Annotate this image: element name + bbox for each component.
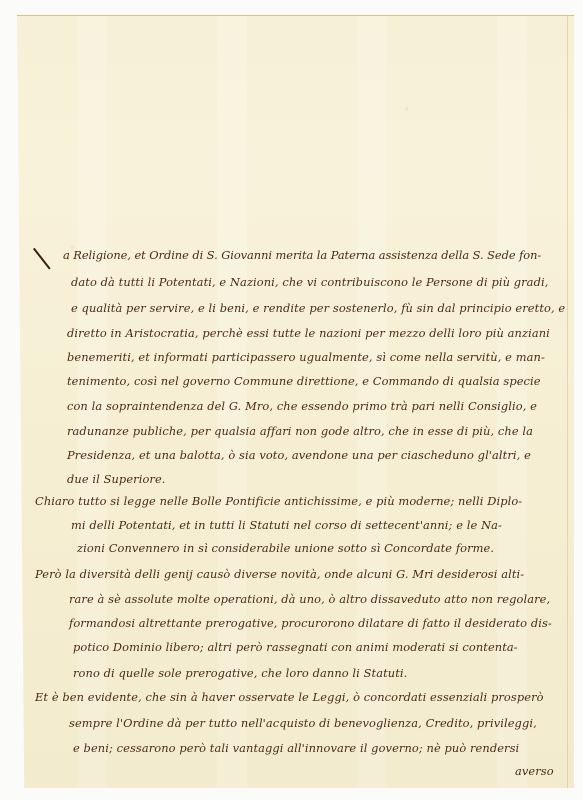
text-line: sempre l'Ordine dà per tutto nell'acquis… xyxy=(69,716,537,730)
text-line: rare à sè assolute molte operationi, dà … xyxy=(69,592,550,606)
text-line: e beni; cessarono però tali vantaggi all… xyxy=(73,741,519,755)
text-line: mi delli Potentati, et in tutti li Statu… xyxy=(71,518,502,532)
text-line: a Religione, et Ordine di S. Giovanni me… xyxy=(63,248,541,262)
text-line: rono di quelle sole prerogative, che lor… xyxy=(73,666,407,680)
text-line: Et è ben evidente, che sin à haver osser… xyxy=(35,690,544,704)
text-line: diretto in Aristocratia, perchè essi tut… xyxy=(67,326,550,340)
text-line: Chiaro tutto si legge nelle Bolle Pontif… xyxy=(35,494,522,508)
text-line: radunanze publiche, per qualsia affari n… xyxy=(67,424,533,438)
text-line: con la sopraintendenza del G. Mro, che e… xyxy=(67,399,537,413)
text-line: Presidenza, et una balotta, ò sia voto, … xyxy=(67,448,531,462)
text-line: zioni Convennero in sì considerabile uni… xyxy=(77,541,494,555)
text-line: dato dà tutti li Potentati, e Nazioni, c… xyxy=(71,275,548,289)
catchword: averso xyxy=(515,764,554,778)
text-line: tenimento, così nel governo Commune dire… xyxy=(67,374,541,388)
text-line: formandosi altrettante prerogative, proc… xyxy=(69,616,552,630)
text-line: benemeriti, et informati participassero … xyxy=(67,350,545,364)
text-line: e qualità per servire, e li beni, e rend… xyxy=(71,301,565,315)
text-line: due il Superiore. xyxy=(67,472,166,486)
manuscript-page: a Religione, et Ordine di S. Giovanni me… xyxy=(17,15,574,788)
text-line: Però la diversità delli genij causò dive… xyxy=(35,567,524,581)
manuscript-text: a Religione, et Ordine di S. Giovanni me… xyxy=(17,16,574,788)
text-line: potico Dominio libero; altri però rasseg… xyxy=(73,640,518,654)
